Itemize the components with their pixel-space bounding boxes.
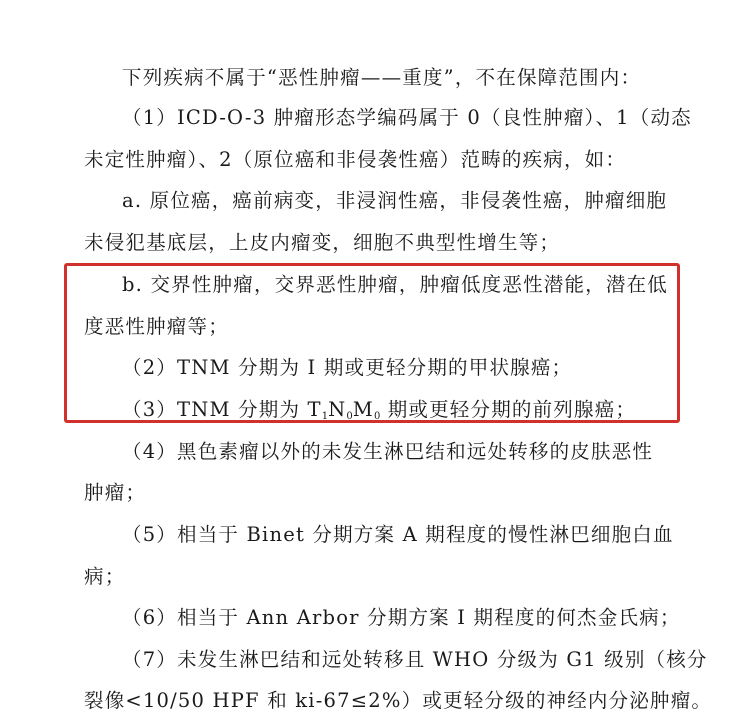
item-1b-line-1: b. 交界性肿瘤，交界恶性肿瘤，肿瘤低度恶性潜能，潜在低: [122, 273, 668, 297]
item-3-m: M: [353, 398, 374, 421]
item-3-n: N: [328, 398, 346, 421]
item-5-line-2: 病；: [84, 565, 125, 589]
item-6: （6）相当于 Ann Arbor 分期方案 I 期程度的何杰金氏病；: [122, 606, 681, 630]
item-1a-line-2: 未侵犯基底层，上皮内瘤变，细胞不典型性增生等；: [84, 231, 560, 255]
item-1b-line-2: 度恶性肿瘤等；: [84, 315, 229, 339]
item-5-line-1: （5）相当于 Binet 分期方案 A 期程度的慢性淋巴细胞白血: [122, 523, 674, 547]
item-7-line-1: （7）未发生淋巴结和远处转移且 WHO 分级为 G1 级别（核分: [122, 648, 708, 672]
item-3-suffix: 期或更轻分期的前列腺癌；: [380, 398, 636, 421]
item-2: （2）TNM 分期为 I 期或更轻分期的甲状腺癌；: [122, 356, 572, 380]
item-4-line-1: （4）黑色素瘤以外的未发生淋巴结和远处转移的皮肤恶性: [122, 440, 653, 464]
item-3: （3）TNM 分期为 T1N0M0 期或更轻分期的前列腺癌；: [122, 398, 636, 429]
item-4-line-2: 肿瘤；: [84, 481, 146, 505]
item-7-line-2: 裂像<10/50 HPF 和 ki-67≤2%）或更轻分级的神经内分泌肿瘤。: [84, 689, 712, 713]
intro-paragraph: 下列疾病不属于“恶性肿瘤——重度”，不在保障范围内：: [122, 66, 641, 90]
item-1a-line-1: a. 原位癌，癌前病变，非浸润性癌，非侵袭性癌，肿瘤细胞: [122, 189, 667, 213]
item-1-line-2: 未定性肿瘤）、2（原位癌和非侵袭性癌）范畴的疾病，如：: [84, 148, 626, 172]
item-3-prefix: （3）TNM 分期为 T: [122, 398, 322, 421]
item-1-line-1: （1）ICD-O-3 肿瘤形态学编码属于 0（良性肿瘤）、1（动态: [122, 106, 692, 130]
